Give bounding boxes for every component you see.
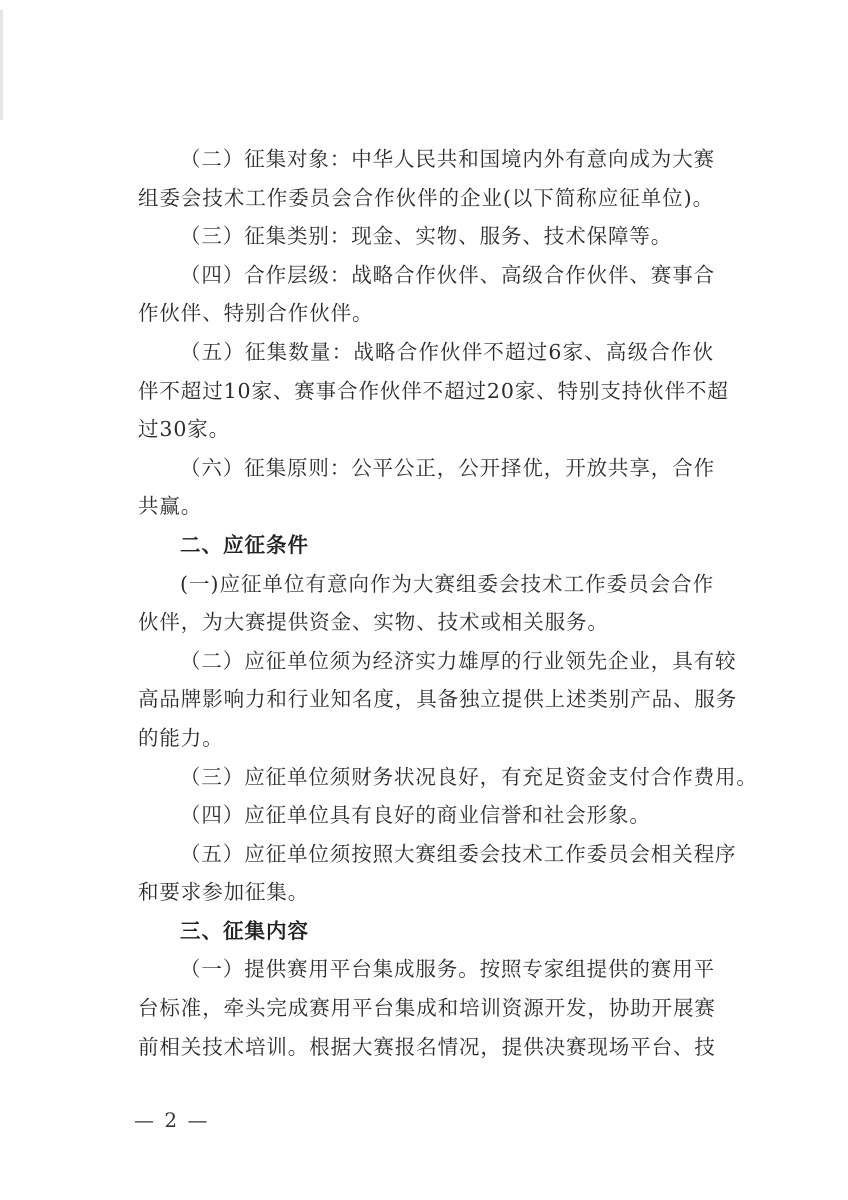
paragraph-line: （五）应征单位须按照大赛组委会技术工作委员会相关程序 <box>138 835 714 874</box>
paragraph-line: （三）应征单位须财务状况良好，有充足资金支付合作费用。 <box>138 758 714 797</box>
paragraph-line: 高品牌影响力和行业知名度，具备独立提供上述类别产品、服务 <box>138 680 714 719</box>
paragraph-line: 的能力。 <box>138 719 714 758</box>
paragraph-line: （三）征集类别：现金、实物、服务、技术保障等。 <box>138 217 714 256</box>
scan-edge-shadow <box>0 10 3 120</box>
paragraph-line: 伙伴，为大赛提供资金、实物、技术或相关服务。 <box>138 603 714 642</box>
paragraph-line: 组委会技术工作委员会合作伙伴的企业(以下简称应征单位)。 <box>138 179 714 218</box>
paragraph-line: （二）应征单位须为经济实力雄厚的行业领先企业，具有较 <box>138 642 714 681</box>
paragraph-line: (一)应征单位有意向作为大赛组委会技术工作委员会合作 <box>138 565 714 604</box>
paragraph-line: 前相关技术培训。根据大赛报名情况，提供决赛现场平台、技 <box>138 1028 714 1067</box>
section-heading: 三、征集内容 <box>138 912 714 951</box>
paragraph-line: 作伙伴、特别合作伙伴。 <box>138 294 714 333</box>
document-body: （二）征集对象：中华人民共和国境内外有意向成为大赛组委会技术工作委员会合作伙伴的… <box>138 140 714 1066</box>
paragraph-line: 台标准，牵头完成赛用平台集成和培训资源开发，协助开展赛 <box>138 989 714 1028</box>
paragraph-line: （四）应征单位具有良好的商业信誉和社会形象。 <box>138 796 714 835</box>
paragraph-line: （五）征集数量：战略合作伙伴不超过6家、高级合作伙 <box>138 333 714 372</box>
paragraph-line: 共赢。 <box>138 487 714 526</box>
section-heading: 二、应征条件 <box>138 526 714 565</box>
paragraph-line: （二）征集对象：中华人民共和国境内外有意向成为大赛 <box>138 140 714 179</box>
paragraph-line: 过30家。 <box>138 410 714 449</box>
paragraph-line: （四）合作层级：战略合作伙伴、高级合作伙伴、赛事合 <box>138 256 714 295</box>
paragraph-line: 伴不超过10家、赛事合作伙伴不超过20家、特别支持伙伴不超 <box>138 372 714 411</box>
paragraph-line: 和要求参加征集。 <box>138 873 714 912</box>
page-number: — 2 — <box>134 1108 209 1132</box>
paragraph-line: （六）征集原则：公平公正，公开择优，开放共享，合作 <box>138 449 714 488</box>
paragraph-line: （一）提供赛用平台集成服务。按照专家组提供的赛用平 <box>138 950 714 989</box>
